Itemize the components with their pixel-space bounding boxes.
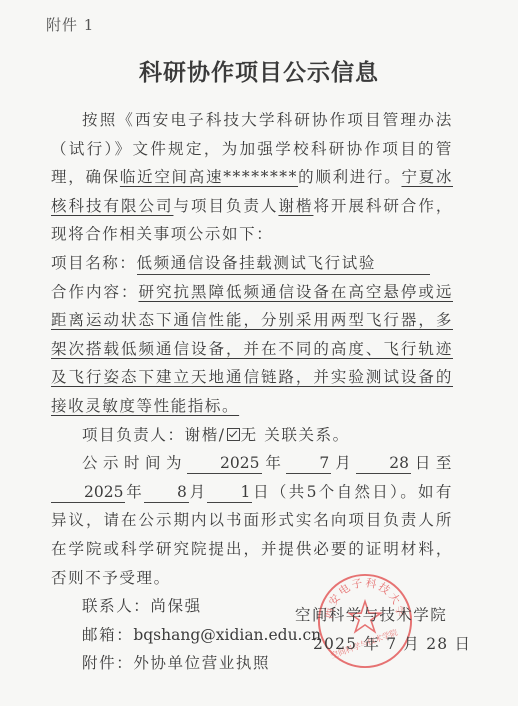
leader-name: 谢楷 bbox=[278, 197, 313, 215]
signing-unit: 空间科学与技术学院 bbox=[295, 603, 447, 625]
cooperation-content-label: 合作内容： bbox=[51, 283, 138, 301]
attachment-number: 附件 1 bbox=[46, 14, 94, 35]
contact-value: 尚保强 bbox=[150, 597, 201, 615]
project-name-row: 项目名称：低频通信设备挂载测试飞行试验 bbox=[51, 249, 453, 278]
leader-relation-row: 项目负责人：谢楷/无 关联关系。 bbox=[51, 421, 453, 450]
signing-date: 2025 年 7 月 28 日 bbox=[313, 632, 471, 654]
project-name-value: 低频通信设备挂载测试飞行试验 bbox=[137, 252, 430, 275]
year-char: 年 bbox=[262, 454, 287, 472]
no-relation-checkbox[interactable] bbox=[227, 428, 240, 441]
relation-text: 无 关联关系。 bbox=[241, 426, 350, 444]
intro-paragraph: 按照《西安电子科技大学科研协作项目管理办法（试行）》文件规定，为加强学校科研协作… bbox=[51, 106, 453, 249]
start-year: 2025 bbox=[187, 453, 261, 474]
leader-value: 谢楷/ bbox=[185, 426, 226, 444]
start-day: 28 bbox=[356, 453, 411, 474]
email-value[interactable]: bqshang@xidian.edu.cn bbox=[133, 626, 321, 644]
intro-text-3: 与项目负责人 bbox=[173, 197, 278, 215]
month-char-2: 月 bbox=[189, 483, 208, 501]
publicity-prefix: 公示时间为 bbox=[82, 454, 187, 472]
end-month: 8 bbox=[144, 482, 189, 503]
cooperation-content-row: 合作内容：研究抗黑障低频通信设备在高空悬停或远距离运动状态下通信性能，分别采用两… bbox=[51, 278, 453, 421]
attachment-label: 附件： bbox=[82, 654, 133, 672]
attachment-value: 外协单位营业执照 bbox=[133, 654, 270, 672]
start-month: 7 bbox=[286, 453, 331, 474]
end-day: 1 bbox=[207, 482, 252, 503]
year-char-2: 年 bbox=[125, 483, 144, 501]
publicity-paragraph: 公示时间为2025年7月28日至2025年8月1日（共5个自然日）。如有异议，请… bbox=[51, 449, 453, 592]
month-char: 月 bbox=[331, 454, 356, 472]
project-reference: 临近空间高速******** bbox=[120, 168, 298, 186]
project-name-label: 项目名称： bbox=[51, 254, 137, 272]
day-to-char: 日至 bbox=[411, 454, 453, 472]
intro-text-2: 的顺利进行。 bbox=[298, 168, 401, 186]
document-page: 附件 1 科研协作项目公示信息 按照《西安电子科技大学科研协作项目管理办法（试行… bbox=[0, 0, 518, 706]
leader-label: 项目负责人： bbox=[82, 426, 185, 444]
cooperation-content-value: 研究抗黑障低频通信设备在高空悬停或远距离运动状态下通信性能，分别采用两型飞行器，… bbox=[51, 283, 453, 415]
page-title: 科研协作项目公示信息 bbox=[0, 54, 518, 87]
end-year: 2025 bbox=[51, 482, 125, 503]
email-label: 邮箱： bbox=[82, 626, 133, 644]
contact-label: 联系人： bbox=[82, 597, 150, 615]
